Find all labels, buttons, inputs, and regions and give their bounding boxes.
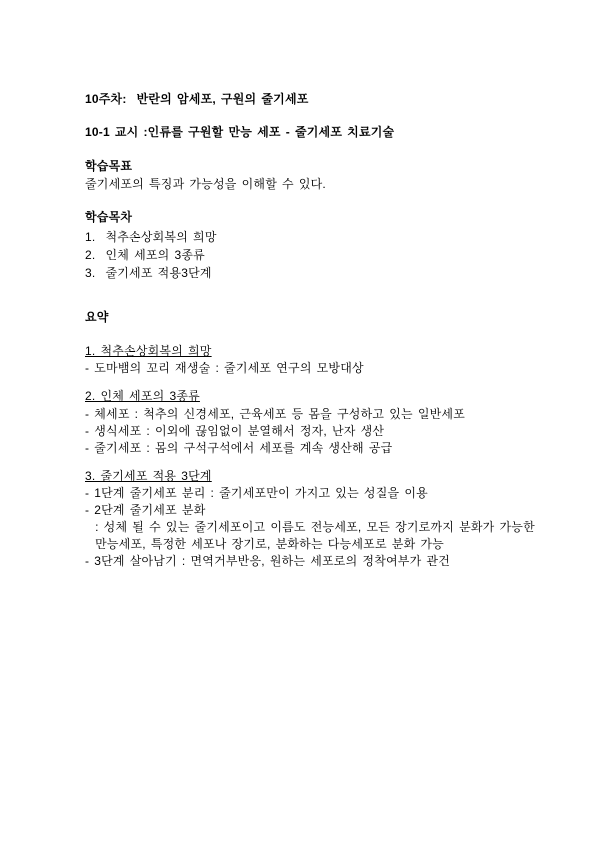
toc-list: 1. 척추손상회복의 희망 2. 인체 세포의 3종류 3. 줄기세포 적용3단…	[85, 228, 545, 282]
toc-heading: 학습목차	[85, 209, 545, 226]
objective-text: 줄기세포의 특징과 가능성을 이해할 수 있다.	[85, 176, 545, 193]
section-line: - 도마뱀의 꼬리 재생술 : 줄기세포 연구의 모방대상	[85, 360, 545, 377]
section-line: - 생식세포 : 이외에 끊임없이 분열해서 정자, 난자 생산	[85, 423, 545, 440]
section-line: - 2단계 줄기세포 분화	[85, 502, 545, 519]
summary-heading: 요약	[85, 309, 545, 326]
objective-heading: 학습목표	[85, 158, 545, 175]
toc-item: 3. 줄기세포 적용3단계	[85, 264, 545, 282]
toc-item: 1. 척추손상회복의 희망	[85, 228, 545, 246]
section-heading: 1. 척추손상회복의 희망	[85, 343, 545, 360]
section-line: : 성체 될 수 있는 줄기세포이고 이름도 전능세포, 모든 장기로까지 분화…	[85, 519, 545, 536]
toc-item: 2. 인체 세포의 3종류	[85, 246, 545, 264]
week-title: 10주차: 반란의 암세포, 구원의 줄기세포	[85, 91, 545, 108]
section-line: - 줄기세포 : 몸의 구석구석에서 세포를 계속 생산해 공급	[85, 440, 545, 457]
section-heading: 3. 줄기세포 적용 3단계	[85, 468, 545, 485]
section-line: - 1단계 줄기세포 분리 : 줄기세포만이 가지고 있는 성질을 이용	[85, 485, 545, 502]
document-page: 10주차: 반란의 암세포, 구원의 줄기세포 10-1 교시 :인류를 구원할…	[0, 0, 595, 841]
lesson-title: 10-1 교시 :인류를 구원할 만능 세포 - 줄기세포 치료기술	[85, 124, 545, 141]
section-line: - 3단계 살아남기 : 면역거부반응, 원하는 세포로의 정착여부가 관건	[85, 553, 545, 570]
document-content: 10주차: 반란의 암세포, 구원의 줄기세포 10-1 교시 :인류를 구원할…	[85, 91, 545, 570]
section-line: - 체세포 : 척추의 신경세포, 근육세포 등 몸을 구성하고 있는 일반세포	[85, 406, 545, 423]
section-heading: 2. 인체 세포의 3종류	[85, 388, 545, 405]
section-line: 만능세포, 특정한 세포나 장기로, 분화하는 다능세포로 분화 가능	[85, 536, 545, 553]
